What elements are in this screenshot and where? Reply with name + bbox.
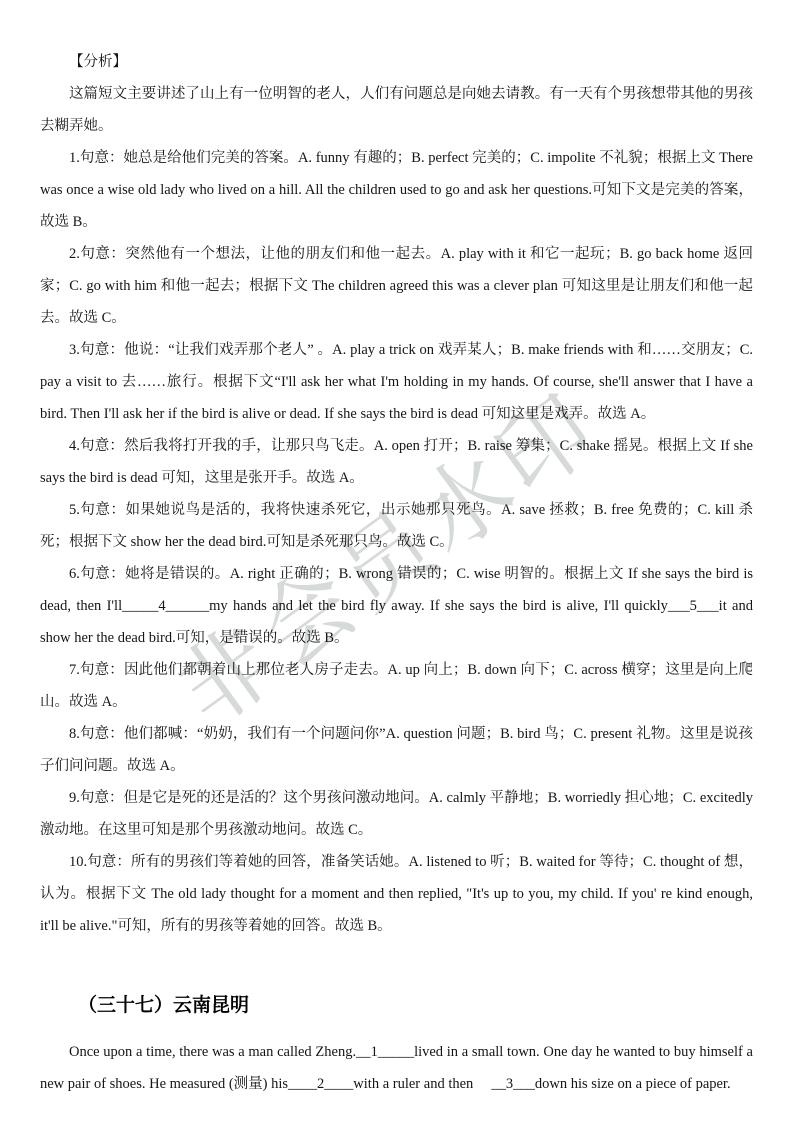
analysis-intro-paragraph: 这篇短文主要讲述了山上有一位明智的老人，人们有问题总是向她去请教。有一天有个男孩… xyxy=(40,78,753,142)
analysis-item-9: 9.句意：但是它是死的还是活的？这个男孩问激动地问。A. calmly 平静地；… xyxy=(40,782,753,846)
section-37-heading: （三十七）云南昆明 xyxy=(40,990,753,1022)
analysis-item-7: 7.句意：因此他们都朝着山上那位老人房子走去。A. up 向上；B. down … xyxy=(40,654,753,718)
analysis-item-2: 2.句意：突然他有一个想法，让他的朋友们和他一起去。A. play with i… xyxy=(40,238,753,334)
analysis-item-4: 4.句意：然后我将打开我的手，让那只鸟飞走。A. open 打开；B. rais… xyxy=(40,430,753,494)
document-page: 【分析】 这篇短文主要讲述了山上有一位明智的老人，人们有问题总是向她去请教。有一… xyxy=(0,0,793,1100)
analysis-item-1: 1.句意：她总是给他们完美的答案。A. funny 有趣的；B. perfect… xyxy=(40,142,753,238)
analysis-section-title: 【分析】 xyxy=(40,46,753,78)
analysis-item-8: 8.句意：他们都喊：“奶奶，我们有一个问题问你”A. question 问题；B… xyxy=(40,718,753,782)
cloze-passage-paragraph: Once upon a time, there was a man called… xyxy=(40,1036,753,1100)
analysis-item-10: 10.句意：所有的男孩们等着她的回答，准备笑话她。A. listened to … xyxy=(40,846,753,942)
analysis-item-6: 6.句意：她将是错误的。A. right 正确的；B. wrong 错误的；C.… xyxy=(40,558,753,654)
analysis-item-3: 3.句意：他说：“让我们戏弄那个老人” 。A. play a trick on … xyxy=(40,334,753,430)
analysis-item-5: 5.句意：如果她说鸟是活的，我将快速杀死它，出示她那只死鸟。A. save 拯救… xyxy=(40,494,753,558)
